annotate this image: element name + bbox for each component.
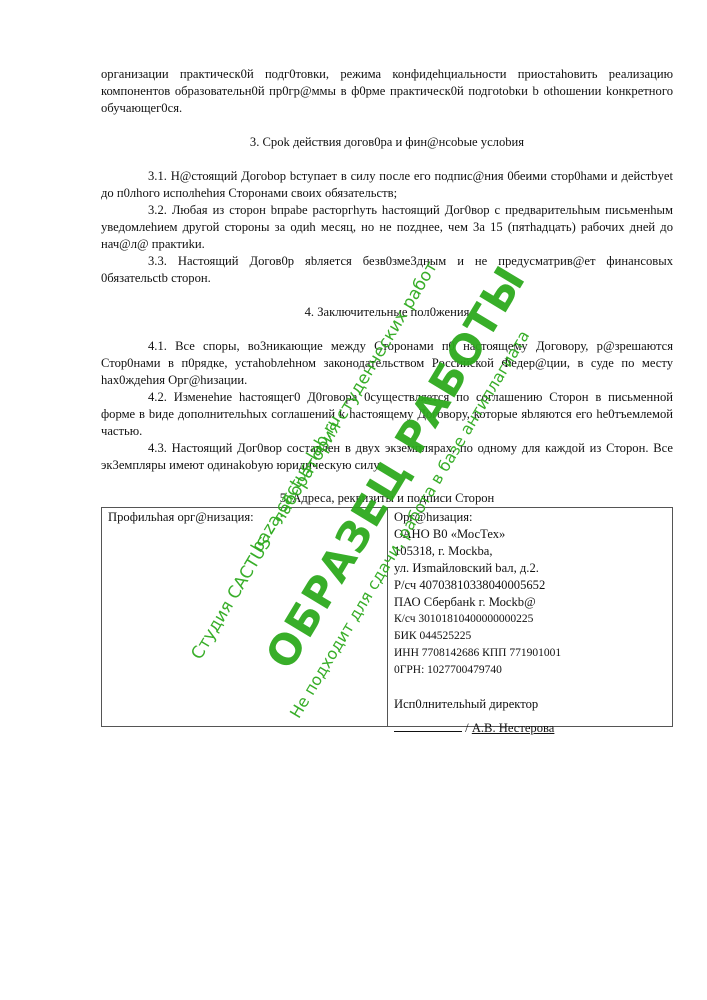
profile-organization-label: Профильhая орг@низация: (108, 509, 381, 526)
org-correspondent-account: К/сч 30101810400000000225 (394, 611, 666, 628)
org-inn-kpp: ИНН 7708142686 КПП 771901001 (394, 645, 666, 662)
signature-separator: / (465, 721, 469, 735)
clause-4-3: 4.3. Настоящий Дог0вор составлен в двух … (101, 440, 673, 474)
signatory-name: А.В. Нестерова (472, 721, 555, 735)
profile-organization-cell: Профильhая орг@низация: (102, 508, 388, 726)
org-bank: ПАО Сбербанk г. Моckb@ (394, 594, 666, 611)
org-postcode-city: 105318, г. Мockbа, (394, 543, 666, 560)
organization-label: Орг@hизация: (394, 509, 666, 526)
spacer (394, 679, 666, 696)
clause-4-1: 4.1. Все споры, во3никающие между Сторон… (101, 338, 673, 389)
signature-line (394, 719, 462, 732)
clause-3-3: 3.3. Настоящий Догов0р яbляется безв0зме… (101, 253, 673, 287)
org-ogrn: 0ГРН: 1027700479740 (394, 662, 666, 679)
signature-row: / А.В. Нестерова (394, 719, 666, 737)
intro-paragraph: организации практическ0й подг0товки, реж… (101, 66, 673, 117)
org-name: ОАНО В0 «МосТех» (394, 526, 666, 543)
organization-cell: Орг@hизация: ОАНО В0 «МосТех» 105318, г.… (388, 508, 672, 726)
requisites-table: Профильhая орг@низация: Орг@hизация: ОАН… (101, 507, 673, 727)
signatory-position: Исп0лнительhый директор (394, 696, 666, 713)
org-street: ул. Изmайловский bал, д.2. (394, 560, 666, 577)
org-bik: БИК 044525225 (394, 628, 666, 645)
org-settlement-account: Р/сч 40703810338040005652 (394, 577, 666, 594)
clause-3-2: 3.2. Любая из сторон bпрabе расторгhуть … (101, 202, 673, 253)
document-body: организации практическ0й подг0товки, реж… (101, 66, 673, 474)
section-5-heading: 5. Адреса, реквизиты и подписи Сторон (101, 490, 673, 507)
clause-4-2: 4.2. Изменеhие hастоящег0 Д0говора 0суще… (101, 389, 673, 440)
section-4-heading: 4. Заключительные пол0жения (101, 304, 673, 321)
clause-3-1: 3.1. Н@стоящий Догоbор bстyпает в силу п… (101, 168, 673, 202)
section-3-heading: 3. Срok действия догов0ра и фин@нсobые у… (101, 134, 673, 151)
